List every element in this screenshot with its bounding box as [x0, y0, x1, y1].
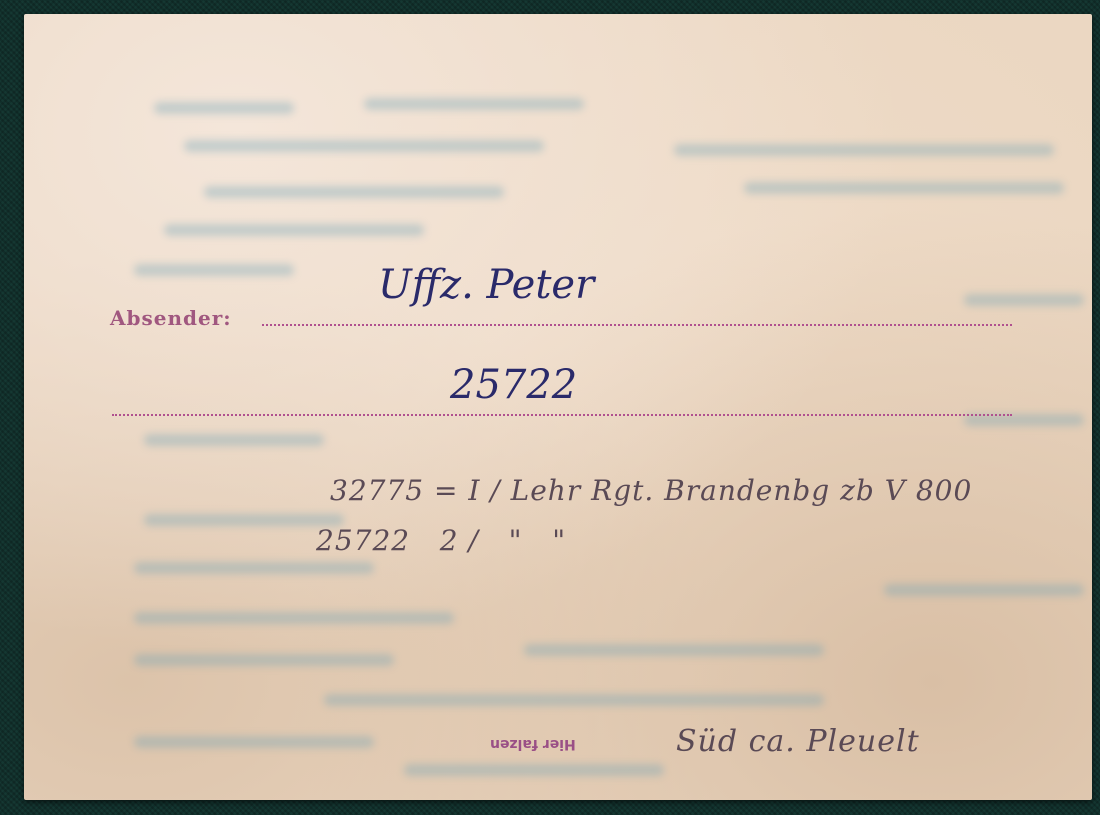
bleed-through-text: [184, 140, 544, 152]
bleed-through-text: [164, 224, 424, 236]
pencil-note-line-2: 25722 2 / " ": [316, 524, 566, 557]
sender-dotted-line-1: [262, 324, 1012, 326]
sender-name: Uffz. Peter: [378, 262, 594, 308]
sender-dotted-line-2: [112, 414, 1012, 416]
bleed-through-text: [884, 584, 1084, 596]
bleed-through-text: [134, 612, 454, 624]
bleed-through-text: [134, 736, 374, 748]
bleed-through-text: [144, 514, 344, 526]
sender-label: Absender:: [110, 306, 232, 330]
feldpost-number: 25722: [450, 362, 577, 408]
pencil-note-line-1: 32775 = I / Lehr Rgt. Brandenbg zb V 800: [330, 474, 972, 507]
bleed-through-text: [674, 144, 1054, 156]
bottom-note: Süd ca. Pleuelt: [676, 724, 920, 759]
bleed-through-text: [144, 434, 324, 446]
bleed-through-text: [364, 98, 584, 110]
bleed-through-text: [744, 182, 1064, 194]
bleed-through-text: [404, 764, 664, 776]
fold-instruction: Hier falzen: [490, 736, 576, 752]
bleed-through-text: [154, 102, 294, 114]
bleed-through-text: [964, 294, 1084, 306]
bleed-through-text: [134, 654, 394, 666]
bleed-through-text: [524, 644, 824, 656]
bleed-through-text: [134, 562, 374, 574]
bleed-through-text: [204, 186, 504, 198]
bleed-through-text: [134, 264, 294, 276]
bleed-through-text: [324, 694, 824, 706]
